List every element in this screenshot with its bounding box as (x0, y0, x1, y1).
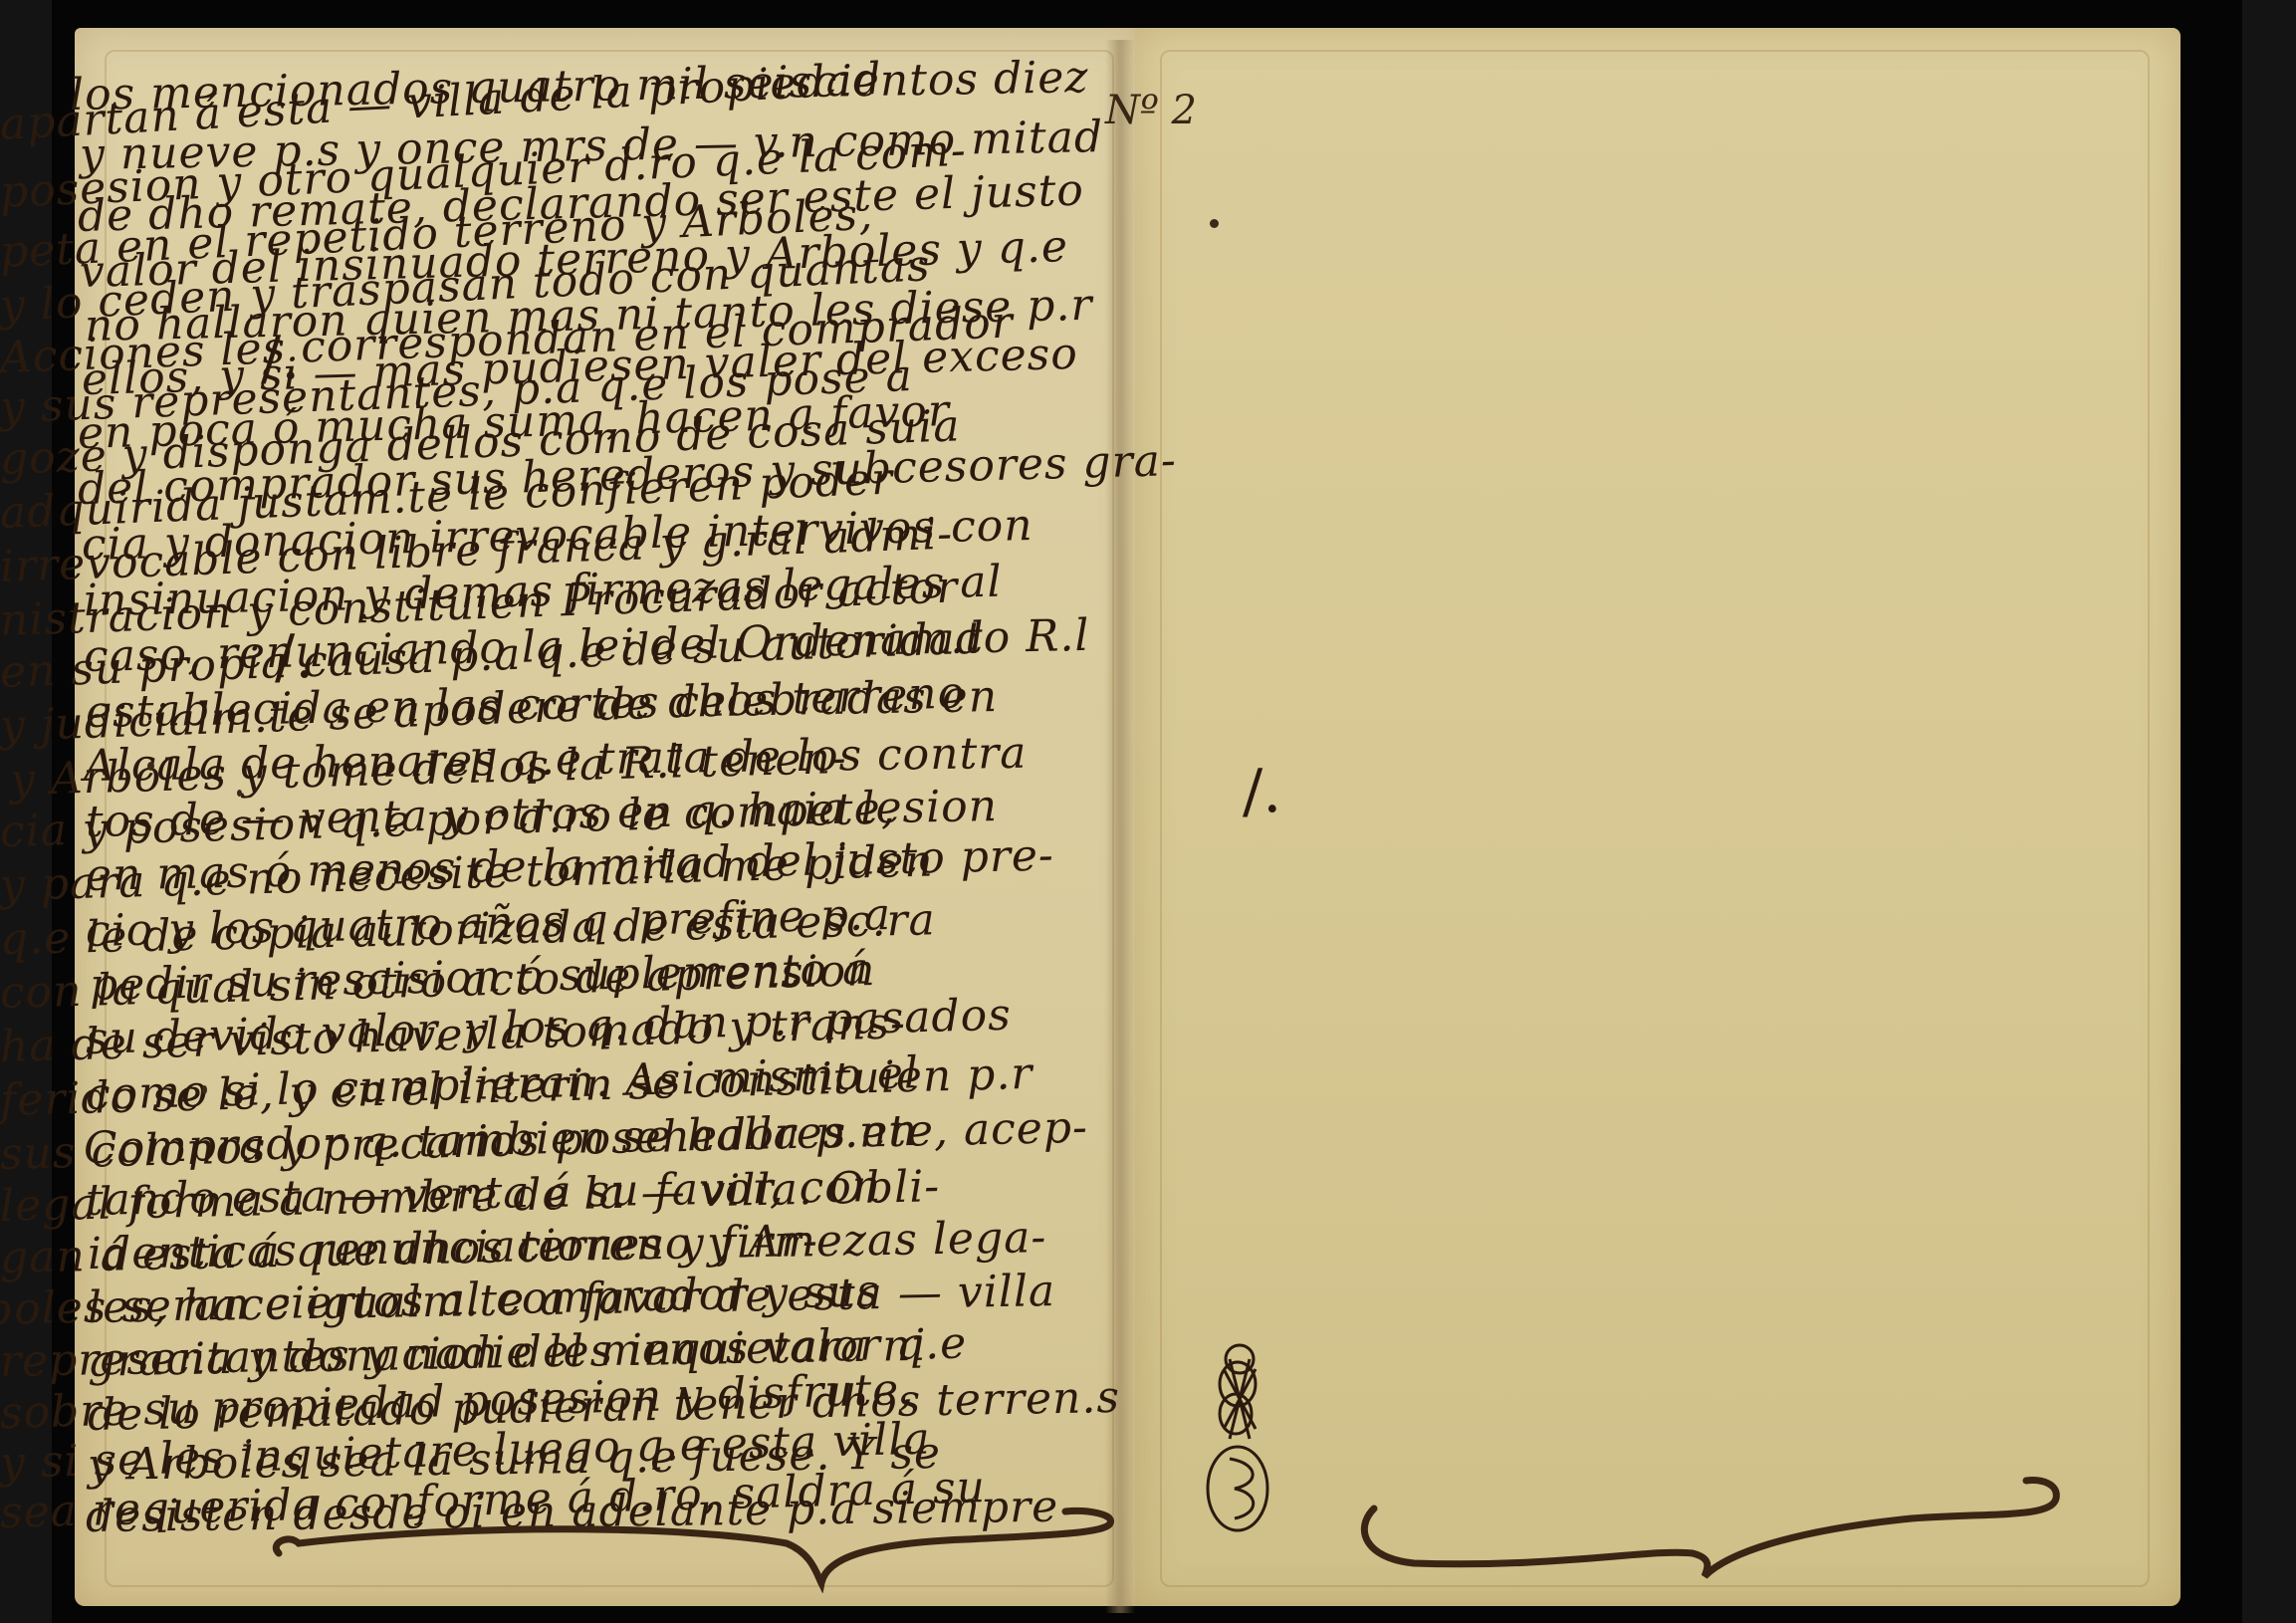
ink-speck (147, 762, 154, 771)
ink-speck (202, 1085, 207, 1094)
right-edge-stain (1160, 50, 2150, 1587)
ink-speck (1210, 219, 1219, 228)
notarial-rubric-icon (1200, 1339, 1279, 1538)
ink-speck (237, 790, 242, 797)
left-closing-flourish (269, 1504, 1115, 1593)
margin-bracket-mark: /. (1243, 757, 1281, 826)
right-closing-flourish (1354, 1469, 2071, 1588)
page-number: Nº 2 (1105, 88, 1197, 133)
